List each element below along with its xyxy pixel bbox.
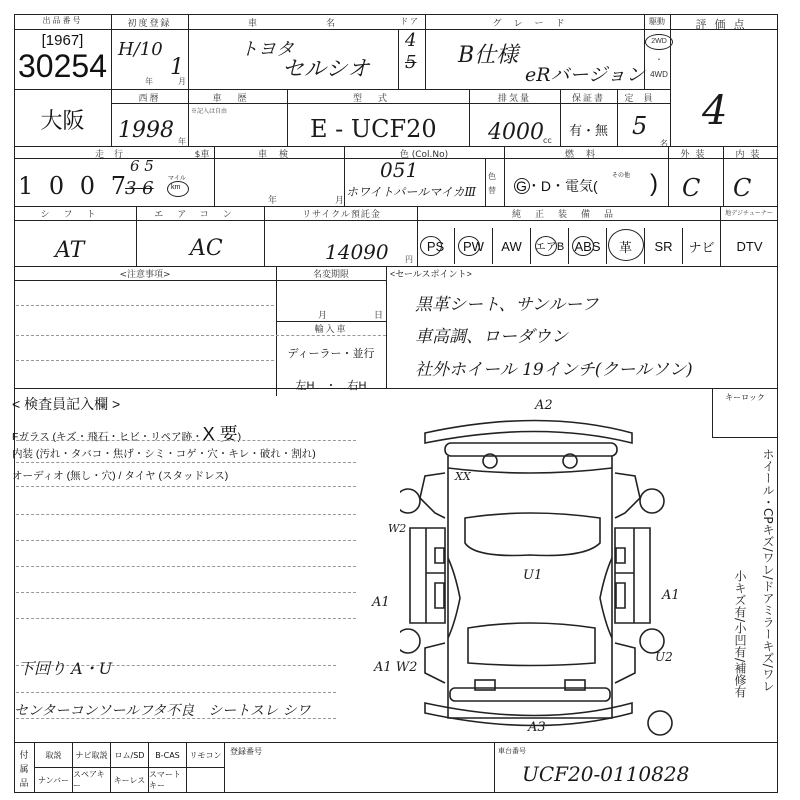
accessories-label: 付属品 [16, 748, 32, 790]
recycle-label: リサイクル預託金 [264, 207, 419, 220]
displacement-value: 4000 [488, 120, 544, 145]
chassis-no-label: 車台番号 [498, 746, 526, 756]
drive-label: 駆動 [644, 16, 670, 27]
fuel-label: 燃料 [504, 147, 668, 160]
equipment-sunroof[interactable]: SR [645, 228, 683, 264]
equipment-sunroof-label: SR [654, 239, 672, 254]
recycle-unit: 円 [405, 254, 413, 265]
side-text-col2: 小キズ有/小凹有/補修有 [732, 570, 749, 740]
divider [111, 14, 112, 146]
accessory-keyless[interactable]: キーレス [111, 768, 149, 793]
inspection-month-unit: 月 [335, 193, 344, 206]
car-diagram-icon[interactable] [400, 398, 700, 738]
capacity-value: 5 [632, 112, 647, 140]
dotted-line [16, 486, 356, 487]
accessory-spare-key[interactable]: スペアキー [73, 768, 111, 793]
mileage-value: 1 0 0 7 [18, 172, 130, 200]
accessory-empty [187, 768, 225, 793]
warranty-value[interactable]: 有・無 [560, 120, 617, 139]
accessory-manual[interactable]: 取説 [35, 743, 73, 768]
divider [14, 388, 386, 389]
first-registration-year: H/10 [118, 42, 148, 57]
equipment-ps-circle [420, 236, 442, 256]
name-change-label: 名変期限 [276, 267, 386, 280]
damage-left-rear-door: A1 [372, 595, 390, 610]
name-change-day-unit: 日 [374, 308, 383, 321]
equipment-airbag-circle [535, 236, 557, 256]
score-value: 4 [702, 88, 727, 134]
lot-number: 30254 [14, 48, 111, 85]
sales-points-label: <セールスポイント> [390, 267, 472, 280]
notes-label: <注意事項> [14, 267, 276, 280]
dotted-line [16, 462, 356, 463]
divider [276, 280, 386, 281]
equipment-dtv-label: DTV [737, 239, 763, 254]
fuel-other-label: その他 [612, 170, 630, 179]
mileage-struck: 3 6 [125, 178, 154, 199]
dotted-line [16, 360, 274, 361]
model-code-value: E - UCF20 [310, 115, 437, 143]
import-handle[interactable]: 左H ・ 右H [276, 377, 386, 393]
accessory-navi-manual[interactable]: ナビ取説 [73, 743, 111, 768]
registration-no-label: 登録番号 [230, 746, 262, 757]
capacity-label: 定員 [617, 91, 670, 104]
mileage-unit-km[interactable]: km [171, 184, 180, 191]
divider [14, 280, 276, 281]
divider [485, 158, 486, 206]
western-year-value: 1998 [118, 118, 174, 143]
first-registration-label: 初度登録 [111, 16, 188, 29]
drive-4wd[interactable]: 4WD [646, 70, 672, 79]
equipment-dtv[interactable]: DTV [721, 228, 778, 264]
glass-options: Fガラス (キズ・飛石・ヒビ・リペア跡・ [12, 431, 203, 443]
divider [398, 29, 399, 89]
mileage-correction: 6 5 [130, 157, 154, 175]
import-dealer[interactable]: ディーラー・並行 [276, 345, 386, 361]
damage-roof: U1 [523, 568, 542, 583]
equipment-pw-circle [458, 236, 480, 256]
car-name-label: 車 名 [188, 16, 425, 29]
inspector-note-1: 下回り A・U [18, 656, 112, 679]
accessory-remote[interactable]: リモコン [187, 743, 225, 768]
damage-front-left-fender: XX [455, 470, 471, 483]
tuner-label: 地デジチューナー [720, 208, 778, 217]
month-unit: 月 [178, 76, 188, 87]
recycle-value: 14090 [325, 240, 389, 264]
damage-rear: A3 [528, 720, 546, 735]
aircon-value: AC [190, 236, 223, 261]
chassis-no-value: UCF20-0110828 [522, 762, 689, 786]
damage-right-rear-door: A1 [662, 588, 680, 603]
accessory-number-plate[interactable]: ナンバー [35, 768, 73, 793]
auction-code: [1967] [14, 32, 111, 49]
divider [14, 29, 778, 30]
name-change-month-unit: 月 [318, 308, 327, 321]
dotted-line [16, 514, 356, 515]
car-model: セルシオ [282, 52, 369, 83]
dotted-line [16, 335, 274, 336]
divider [386, 266, 387, 388]
dotted-line [16, 440, 356, 441]
dotted-line [16, 592, 356, 593]
interior-value: C [733, 174, 751, 202]
divider [14, 220, 778, 221]
equipment-abs-circle [572, 236, 594, 256]
drive-2wd[interactable]: 2WD [646, 38, 672, 45]
equipment-leather-circle [608, 229, 644, 261]
year-unit: 年 [145, 76, 155, 87]
damage-left-front-door: W2 [388, 522, 406, 535]
doors-struck: 5 [405, 52, 416, 73]
history-label: 車歴 [188, 91, 287, 104]
equipment-aw[interactable]: AW [493, 228, 531, 264]
displacement-label: 排気量 [469, 91, 560, 104]
drive-dot: ・ [646, 54, 672, 65]
inspector-glass-line: Fガラス (キズ・飛石・ヒビ・リペア跡・X 要) [12, 420, 241, 446]
accessory-smart-key[interactable]: スマートキー [149, 768, 187, 793]
grade-line2: eRバージョン [525, 60, 645, 87]
dotted-line [16, 540, 356, 541]
lot-header-label: 出品番号 [14, 15, 111, 26]
color-label: 色 (Col.No) [344, 147, 504, 160]
dotted-line [16, 618, 356, 619]
doors-label: ドア [395, 16, 425, 27]
divider [494, 742, 495, 793]
exterior-label: 外装 [668, 147, 723, 160]
fuel-close: ) [650, 170, 658, 198]
mileage-label: 走行 [14, 147, 214, 160]
divider [14, 89, 670, 90]
dotted-line [16, 305, 274, 306]
doors-value: 4 [405, 30, 416, 51]
accessory-bcas[interactable]: B-CAS [149, 743, 187, 768]
interior-label: 内装 [723, 147, 778, 160]
inspector-interior-line: 内装 (汚れ・タバコ・焦げ・シミ・コゲ・穴・キレ・破れ・割れ) [12, 446, 316, 461]
grade-label: グレード [425, 16, 644, 29]
location: 大阪 [14, 104, 111, 135]
glass-close: ) [238, 431, 242, 443]
color-code: 051 [380, 158, 418, 182]
import-label: 輸入車 [276, 322, 386, 335]
sales-point-2: 車高調、ローダウン [415, 322, 568, 347]
accessory-rom-sd[interactable]: ロム/SD [111, 743, 149, 768]
sales-point-3: 社外ホイール 19インチ(クールソン) [415, 355, 693, 380]
dotted-line [16, 692, 336, 693]
color-change-label: 色替 [488, 170, 500, 198]
dollar-car-label: $車 [190, 147, 214, 160]
divider [670, 14, 671, 146]
damage-right-rear-quarter: U2 [655, 650, 673, 664]
score-label: 評価点 [670, 16, 778, 32]
equipment-navi-label: ナビ [688, 237, 714, 256]
aircon-label: エアコン [136, 207, 264, 220]
inspection-year-unit: 年 [268, 193, 277, 206]
displacement-unit: cc [543, 136, 552, 145]
model-code-label: 型式 [287, 91, 469, 104]
divider [276, 335, 386, 336]
glass-x-required: X 要 [203, 424, 238, 444]
color-name: ホワイトパールマイカⅢ [346, 183, 476, 200]
damage-front: A2 [535, 398, 553, 413]
fuel-options[interactable]: G・D・電気( [516, 176, 598, 196]
shift-value: AT [55, 238, 84, 263]
inspection-label: 車検 [214, 147, 344, 160]
warranty-label: 保証書 [560, 91, 617, 104]
key-lock-label: キーロック [712, 392, 778, 403]
dotted-line [16, 566, 356, 567]
inspector-label: < 検査員記入欄 > [12, 394, 120, 414]
inspector-audio-tire-line: オーディオ (無し・穴) / タイヤ (スタッドレス) [12, 468, 228, 483]
inspector-note-2: センターコンソールフタ不良 シートスレ シワ [14, 700, 311, 720]
divider [188, 14, 189, 146]
damage-left-rear-quarter: A1 W2 [374, 660, 417, 675]
side-text-col1: ホイール・CPキズ/ワレ/ドアミラーキズ/ワレ [760, 448, 777, 738]
shift-label: シフト [14, 207, 136, 220]
sales-point-1: 黒革シート、サンルーフ [415, 290, 598, 315]
history-note: ※記入は自由 [191, 106, 227, 115]
grade-line1: B仕様 [458, 38, 518, 69]
equipment-navi[interactable]: ナビ [683, 228, 721, 264]
exterior-value: C [682, 174, 700, 202]
equipment-label: 純正装備品 [417, 207, 722, 220]
equipment-aw-label: AW [501, 239, 521, 254]
